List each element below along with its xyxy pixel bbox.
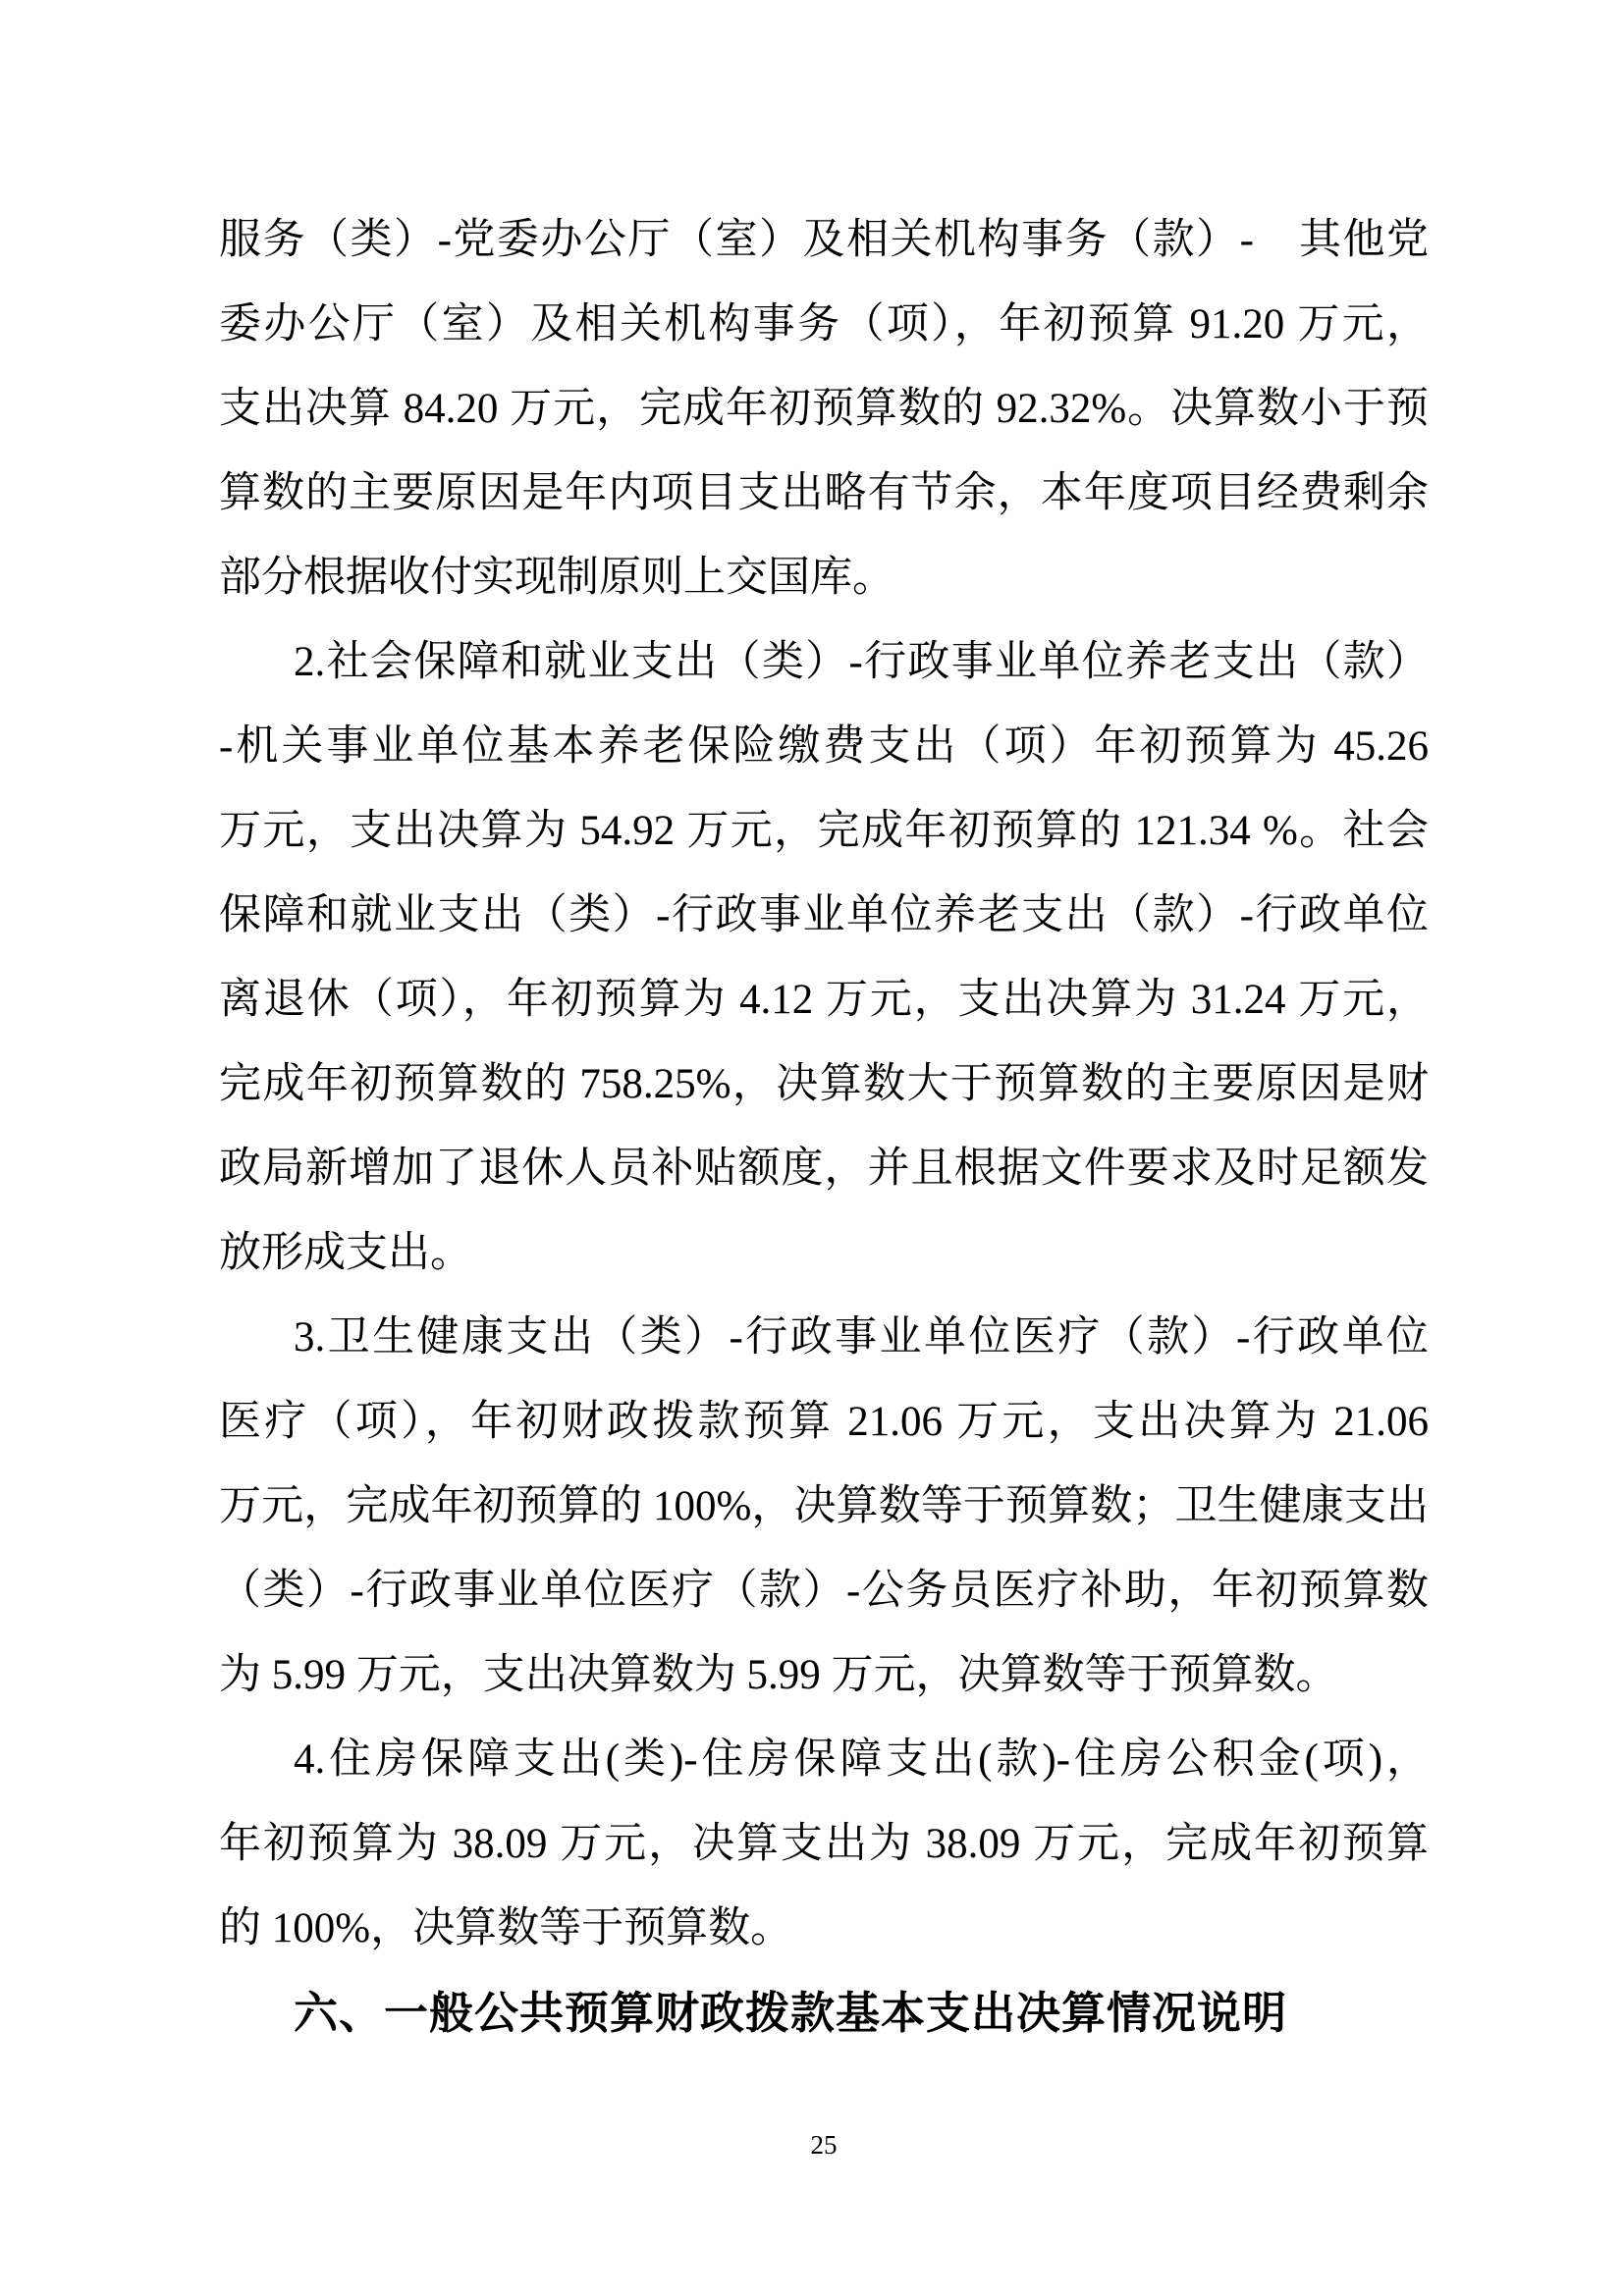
text-line: 3.卫生健康支出（类）-行政事业单位医疗（款）-行政单位 bbox=[219, 1296, 1429, 1380]
text-line: 2.社会保障和就业支出（类）-行政事业单位养老支出（款） bbox=[219, 620, 1429, 705]
text-line: 完成年初预算数的 758.25%，决算数大于预算数的主要原因是财 bbox=[219, 1042, 1429, 1127]
document-body: 服务（类）-党委办公厅（室）及相关机构事务（款）- 其他党委办公厅（室）及相关机… bbox=[219, 198, 1429, 2056]
text-line: 4.住房保障支出(类)-住房保障支出(款)-住房公积金(项)， bbox=[219, 1718, 1429, 1802]
page-number: 25 bbox=[811, 2130, 838, 2160]
paragraph: 4.住房保障支出(类)-住房保障支出(款)-住房公积金(项)，年初预算为 38.… bbox=[219, 1718, 1429, 1971]
text-line: 放形成支出。 bbox=[219, 1211, 1429, 1296]
text-line: 算数的主要原因是年内项目支出略有节余，本年度项目经费剩余 bbox=[219, 452, 1429, 536]
page-footer: 25 bbox=[219, 2120, 1429, 2169]
text-line: 年初预算为 38.09 万元，决算支出为 38.09 万元，完成年初预算 bbox=[219, 1802, 1429, 1887]
text-line: 部分根据收付实现制原则上交国库。 bbox=[219, 536, 1429, 620]
section-heading-paragraph: 六、一般公共预算财政拨款基本支出决算情况说明 bbox=[219, 1971, 1429, 2056]
text-line: 保障和就业支出（类）-行政事业单位养老支出（款）-行政单位 bbox=[219, 874, 1429, 958]
text-line: 万元，支出决算为 54.92 万元，完成年初预算的 121.34 %。社会 bbox=[219, 789, 1429, 874]
text-line: 服务（类）-党委办公厅（室）及相关机构事务（款）- 其他党 bbox=[219, 198, 1429, 283]
text-line: 委办公厅（室）及相关机构事务（项），年初预算 91.20 万元， bbox=[219, 283, 1429, 367]
text-line: 离退休（项），年初预算为 4.12 万元，支出决算为 31.24 万元， bbox=[219, 958, 1429, 1042]
text-line: 政局新增加了退休人员补贴额度，并且根据文件要求及时足额发 bbox=[219, 1127, 1429, 1211]
text-line: 支出决算 84.20 万元，完成年初预算数的 92.32%。决算数小于预 bbox=[219, 367, 1429, 452]
text-line: 医疗（项），年初财政拨款预算 21.06 万元，支出决算为 21.06 bbox=[219, 1380, 1429, 1465]
paragraph: 服务（类）-党委办公厅（室）及相关机构事务（款）- 其他党委办公厅（室）及相关机… bbox=[219, 198, 1429, 620]
section-heading: 六、一般公共预算财政拨款基本支出决算情况说明 bbox=[219, 1971, 1429, 2056]
text-line: 万元，完成年初预算的 100%，决算数等于预算数；卫生健康支出 bbox=[219, 1465, 1429, 1549]
paragraph: 3.卫生健康支出（类）-行政事业单位医疗（款）-行政单位医疗（项），年初财政拨款… bbox=[219, 1296, 1429, 1718]
paragraph: 2.社会保障和就业支出（类）-行政事业单位养老支出（款）-机关事业单位基本养老保… bbox=[219, 620, 1429, 1296]
document-page: 服务（类）-党委办公厅（室）及相关机构事务（款）- 其他党委办公厅（室）及相关机… bbox=[0, 0, 1624, 2296]
text-line: 为 5.99 万元，支出决算数为 5.99 万元，决算数等于预算数。 bbox=[219, 1633, 1429, 1718]
text-line: -机关事业单位基本养老保险缴费支出（项）年初预算为 45.26 bbox=[219, 705, 1429, 789]
text-line: 的 100%，决算数等于预算数。 bbox=[219, 1887, 1429, 1971]
text-line: （类）-行政事业单位医疗（款）-公务员医疗补助，年初预算数 bbox=[219, 1549, 1429, 1633]
